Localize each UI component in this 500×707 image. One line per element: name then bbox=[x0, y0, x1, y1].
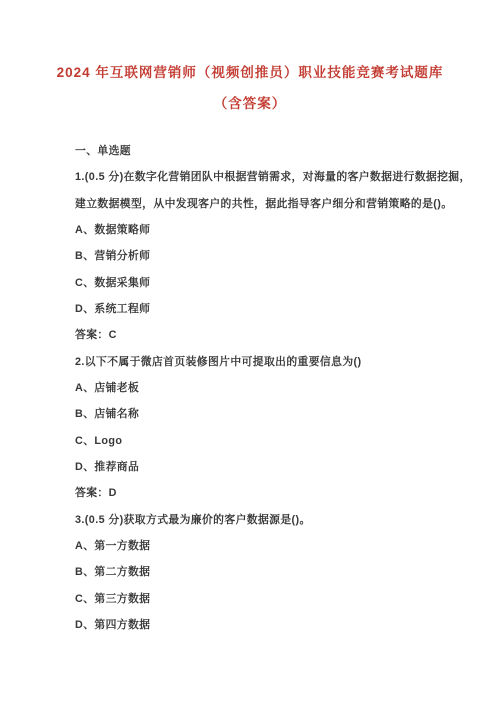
question-3-option-d: D、第四方数据 bbox=[75, 612, 440, 638]
document-title: 2024 年互联网营销师（视频创推员）职业技能竞赛考试题库 （含答案） bbox=[0, 57, 500, 119]
question-3-option-c: C、第三方数据 bbox=[75, 586, 440, 612]
document-title-line1: 2024 年互联网营销师（视频创推员）职业技能竞赛考试题库 bbox=[0, 57, 500, 88]
question-1-option-a: A、数据策略师 bbox=[75, 217, 440, 243]
question-1-option-d: D、系统工程师 bbox=[75, 296, 440, 322]
question-2-option-a: A、店铺老板 bbox=[75, 375, 440, 401]
document-body: 一、单选题 1.(0.5 分)在数字化营销团队中根据营销需求，对海量的客户数据进… bbox=[75, 138, 440, 638]
document-page: 2024 年互联网营销师（视频创推员）职业技能竞赛考试题库 （含答案） 一、单选… bbox=[0, 0, 500, 707]
section-heading-single-choice: 一、单选题 bbox=[75, 138, 440, 164]
document-title-line2: （含答案） bbox=[0, 88, 500, 119]
question-1-option-b: B、营销分析师 bbox=[75, 243, 440, 269]
question-3-stem-line-1: 3.(0.5 分)获取方式最为廉价的客户数据源是()。 bbox=[75, 507, 440, 533]
question-2-option-b: B、店铺名称 bbox=[75, 401, 440, 427]
question-3-option-b: B、第二方数据 bbox=[75, 559, 440, 585]
question-1-answer: 答案：C bbox=[75, 322, 440, 348]
question-3-option-a: A、第一方数据 bbox=[75, 533, 440, 559]
question-2-option-c: C、Logo bbox=[75, 428, 440, 454]
question-1-stem-line-2: 建立数据模型，从中发现客户的共性，据此指导客户细分和营销策略的是()。 bbox=[75, 191, 440, 217]
question-2-answer: 答案：D bbox=[75, 480, 440, 506]
question-1-option-c: C、数据采集师 bbox=[75, 270, 440, 296]
question-1-stem-line-1: 1.(0.5 分)在数字化营销团队中根据营销需求，对海量的客户数据进行数据挖掘， bbox=[75, 164, 440, 190]
question-2-stem-line-1: 2.以下不属于微店首页装修图片中可提取出的重要信息为() bbox=[75, 349, 440, 375]
question-2-option-d: D、推荐商品 bbox=[75, 454, 440, 480]
